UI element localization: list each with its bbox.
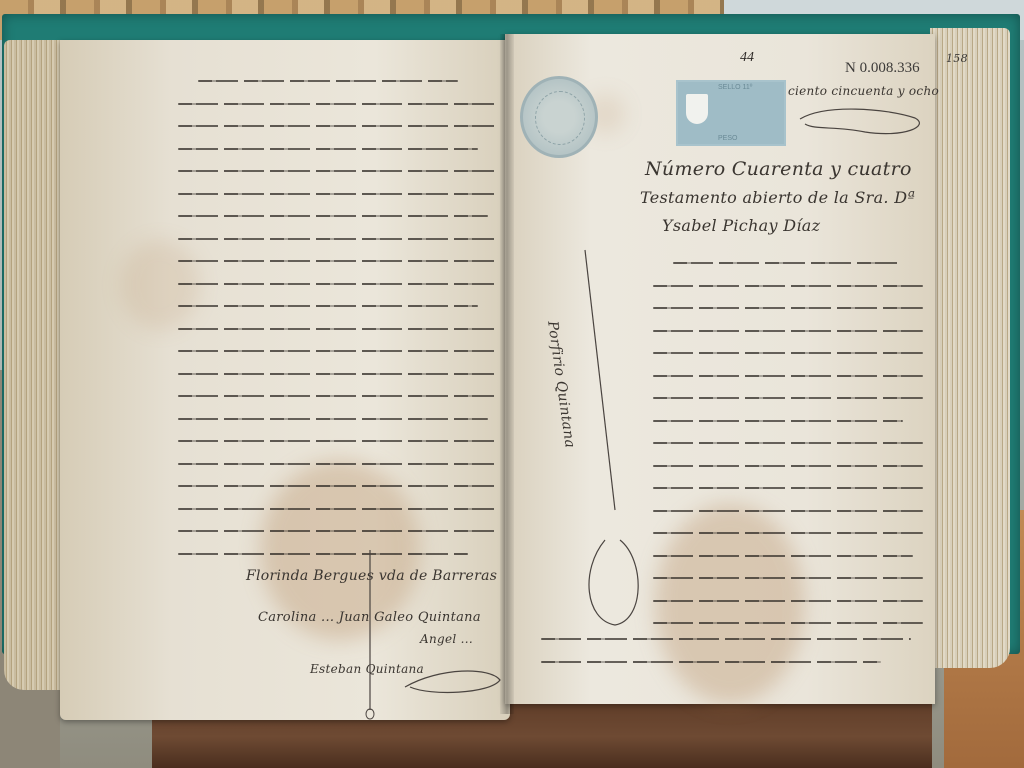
page-number: 158 [946,52,968,65]
left-page: Florinda Bergues vda de Barreras Carolin… [60,40,510,720]
right-page-handwriting [653,262,923,645]
stamp-top-text: SELLO 11º [718,84,752,91]
signature-flourish [360,550,380,720]
book-gutter [500,34,514,714]
stamp-bottom-text: PESO [718,135,737,142]
signature-line: Angel ... [420,632,473,646]
serial-number: N 0.008.336 [845,60,920,77]
header-flourish [795,104,935,144]
signature-flourish [400,662,510,702]
testator-name: Ysabel Pichay Díaz [662,216,820,235]
shield-icon [686,94,708,124]
record-number-title: Número Cuarenta y cuatro [645,158,912,180]
margin-signature-flourish [575,240,655,640]
left-page-handwriting [178,80,498,575]
header-note: ciento cincuenta y ocho [788,84,939,98]
folio-mark: 44 [740,50,754,66]
record-type-title: Testamento abierto de la Sra. Dª [640,188,915,207]
right-page-stack [930,28,1010,668]
right-page-footer-handwriting [541,638,911,683]
revenue-stamp: SELLO 11º PESO [676,80,786,146]
notary-seal [520,76,598,158]
